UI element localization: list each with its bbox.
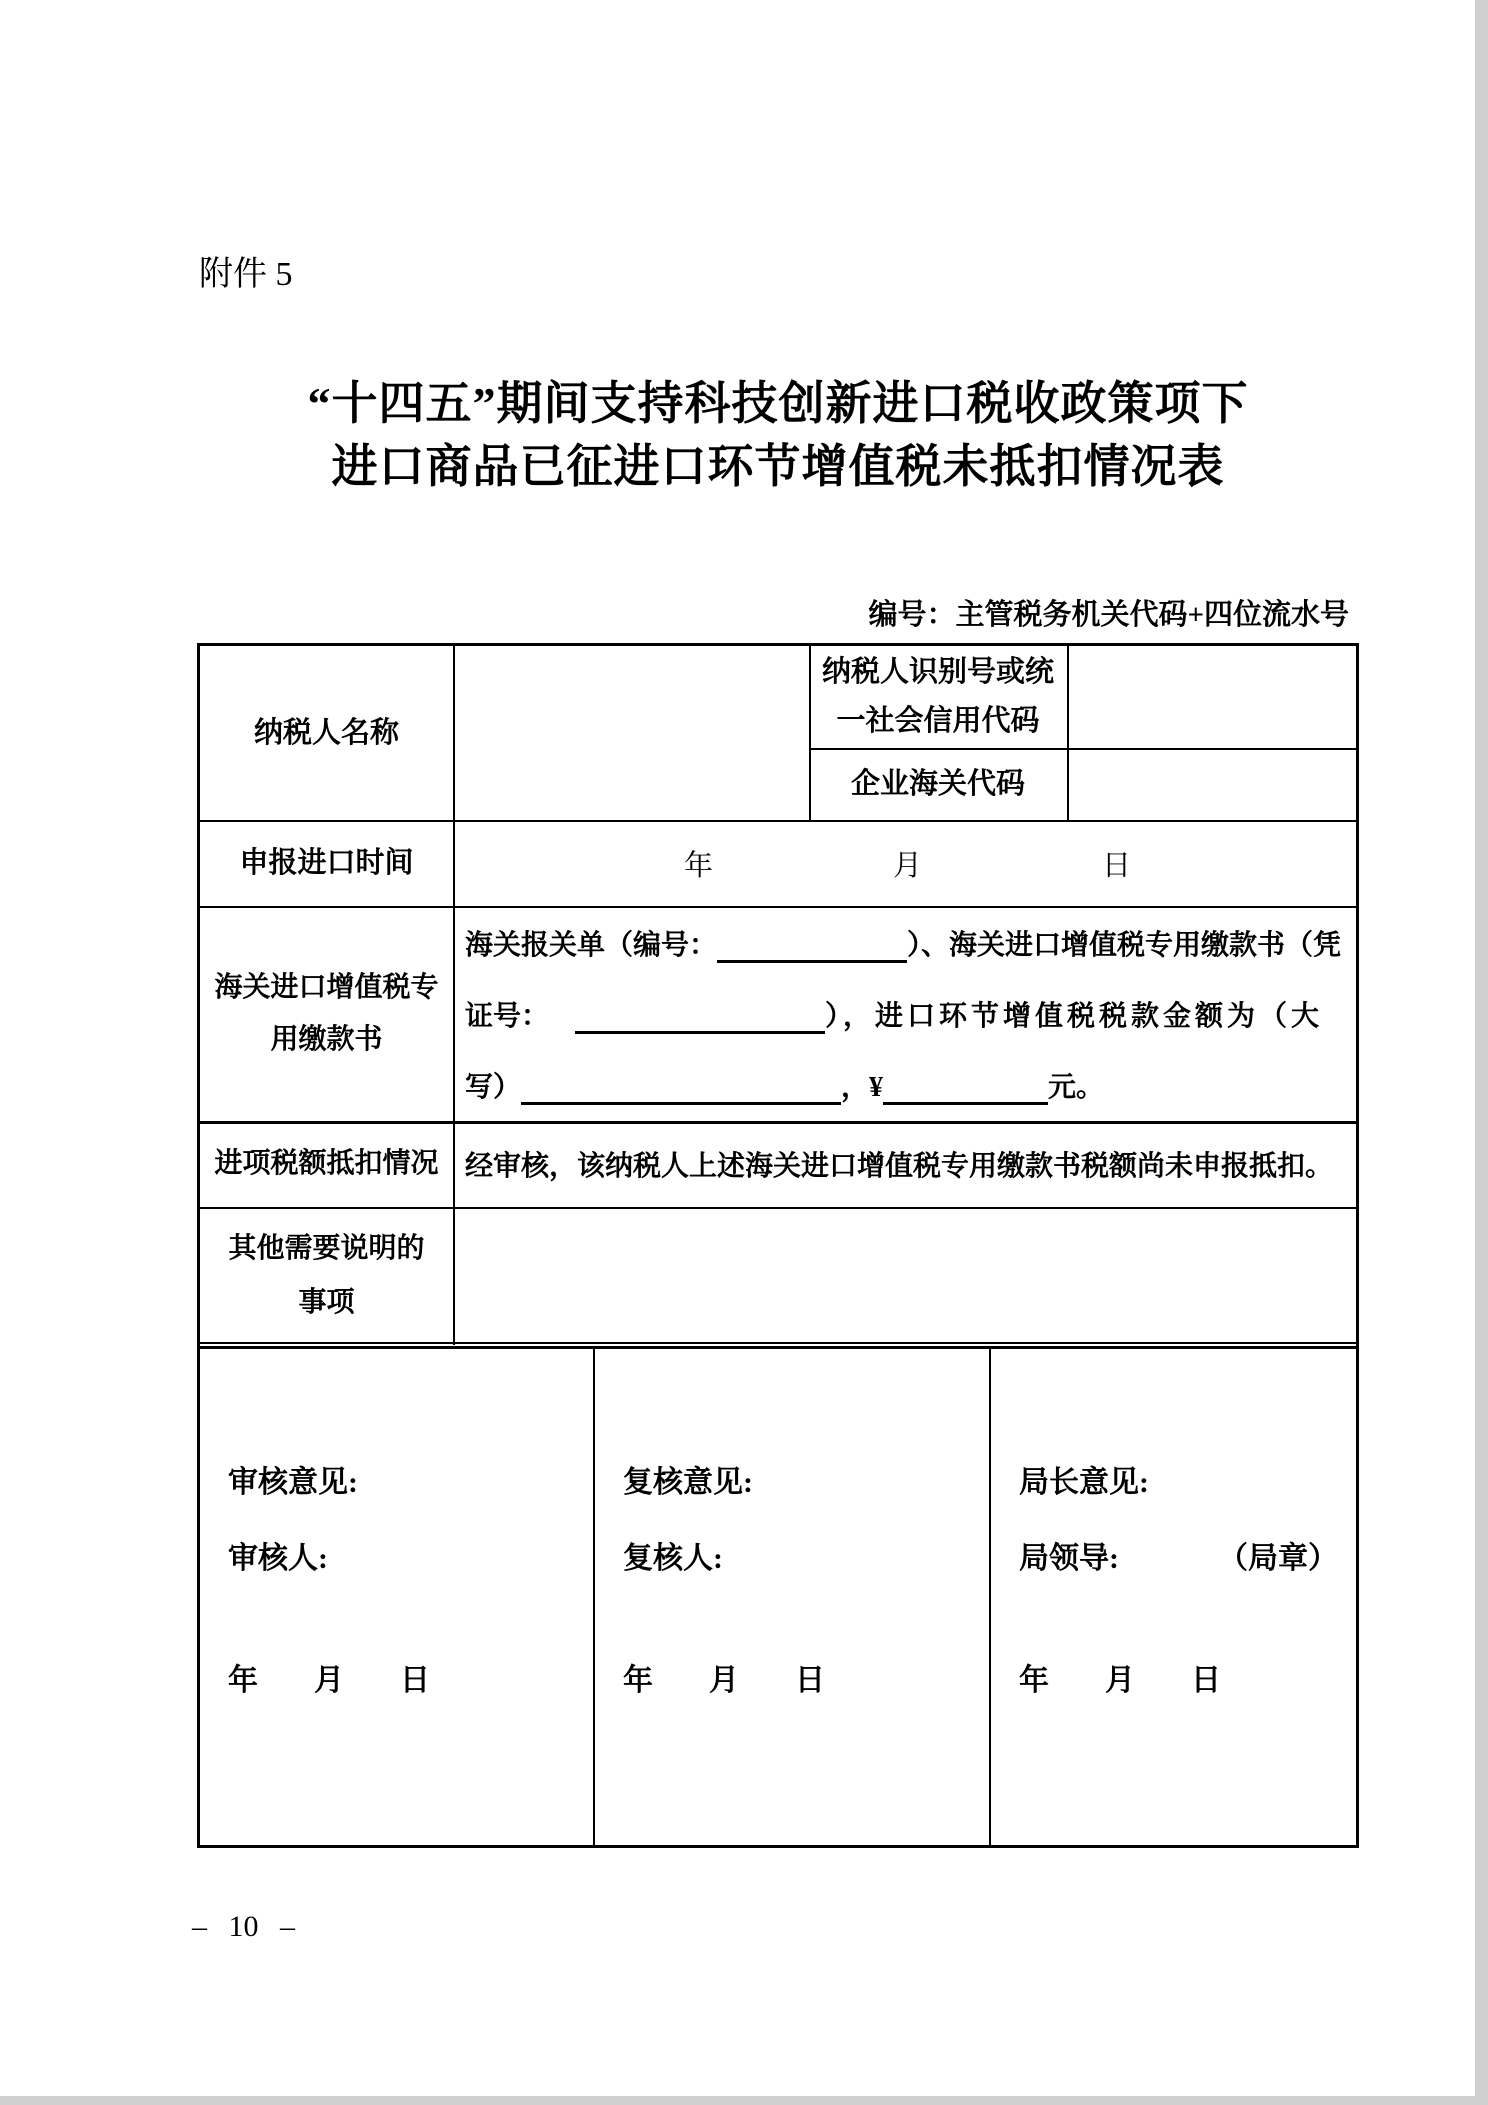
recheck-person-label: 复核人: [623,1541,723,1577]
document-title: “十四五”期间支持科技创新进口税收政策项下 进口商品已征进口环节增值税未抵扣情况… [197,372,1359,498]
taxpayer-name-label: 纳税人名称 [200,646,453,820]
taxpayer-id-label: 纳税人识别号或统 一社会信用代码 [809,646,1067,748]
deduction-status-value: 经审核，该纳税人上述海关进口增值税专用缴款书税额尚未申报抵扣。 [453,1121,1362,1207]
payment-line-2: 证号：），进口环节增值税税款金额为（大 [465,977,1356,1048]
scan-edge-bottom [0,2096,1488,2105]
import-time-label: 申报进口时间 [200,820,453,906]
taxpayer-name-value [453,646,809,820]
form-table: 纳税人名称 纳税人识别号或统 一社会信用代码 企业海关代码 申报进口时间 年 月… [197,643,1359,1848]
payment-doc-content: 海关报关单（编号：）、海关进口增值税专用缴款书（凭 证号：），进口环节增值税税款… [453,906,1362,1121]
customs-code-label: 企业海关代码 [809,748,1067,820]
month-label: 月 [893,843,922,884]
blank-line-4 [883,1072,1048,1105]
other-notes-label: 其他需要说明的 事项 [200,1207,453,1344]
payment-line-1: 海关报关单（编号：）、海关进口增值税专用缴款书（凭 [465,906,1356,977]
director-leader-label: 局领导: [1019,1541,1119,1577]
review-date: 年 月 日 [228,1663,569,1699]
blank-line-2 [575,1001,825,1034]
serial-note: 编号：主管税务机关代码+四位流水号 [197,592,1349,633]
title-line-2: 进口商品已征进口环节增值税未抵扣情况表 [197,435,1359,498]
recheck-opinion-label: 复核意见: [623,1465,965,1501]
review-opinion-label: 审核意见: [228,1465,569,1501]
director-date: 年 月 日 [1019,1663,1338,1699]
recheck-opinion-cell: 复核意见: 复核人: 年 月 日 [595,1349,989,1845]
review-opinion-cell: 审核意见: 审核人: 年 月 日 [200,1349,593,1845]
payment-doc-label: 海关进口增值税专 用缴款书 [200,906,453,1121]
recheck-date: 年 月 日 [623,1663,965,1699]
deduction-status-label: 进项税额抵扣情况 [200,1121,453,1207]
bureau-seal-label: （局章） [1218,1541,1338,1577]
title-line-1: “十四五”期间支持科技创新进口税收政策项下 [197,372,1359,435]
blank-line-1 [717,930,907,963]
scan-edge-right [1475,0,1488,2105]
director-opinion-label: 局长意见: [1019,1465,1338,1501]
import-time-value: 年 月 日 [453,820,1362,906]
blank-line-3 [521,1072,841,1105]
director-opinion-cell: 局长意见: 局领导: （局章） 年 月 日 [991,1349,1362,1845]
other-notes-value [453,1207,1362,1344]
day-label: 日 [1102,843,1131,884]
review-person-label: 审核人: [228,1541,328,1577]
document-page: 附件 5 “十四五”期间支持科技创新进口税收政策项下 进口商品已征进口环节增值税… [0,0,1488,2105]
page-number: – 10 – [192,1910,295,1944]
payment-line-3: 写），¥元。 [465,1048,1356,1119]
attachment-label: 附件 5 [199,254,293,296]
year-label: 年 [684,843,713,884]
taxpayer-id-value [1067,646,1362,748]
customs-code-value [1067,748,1362,820]
